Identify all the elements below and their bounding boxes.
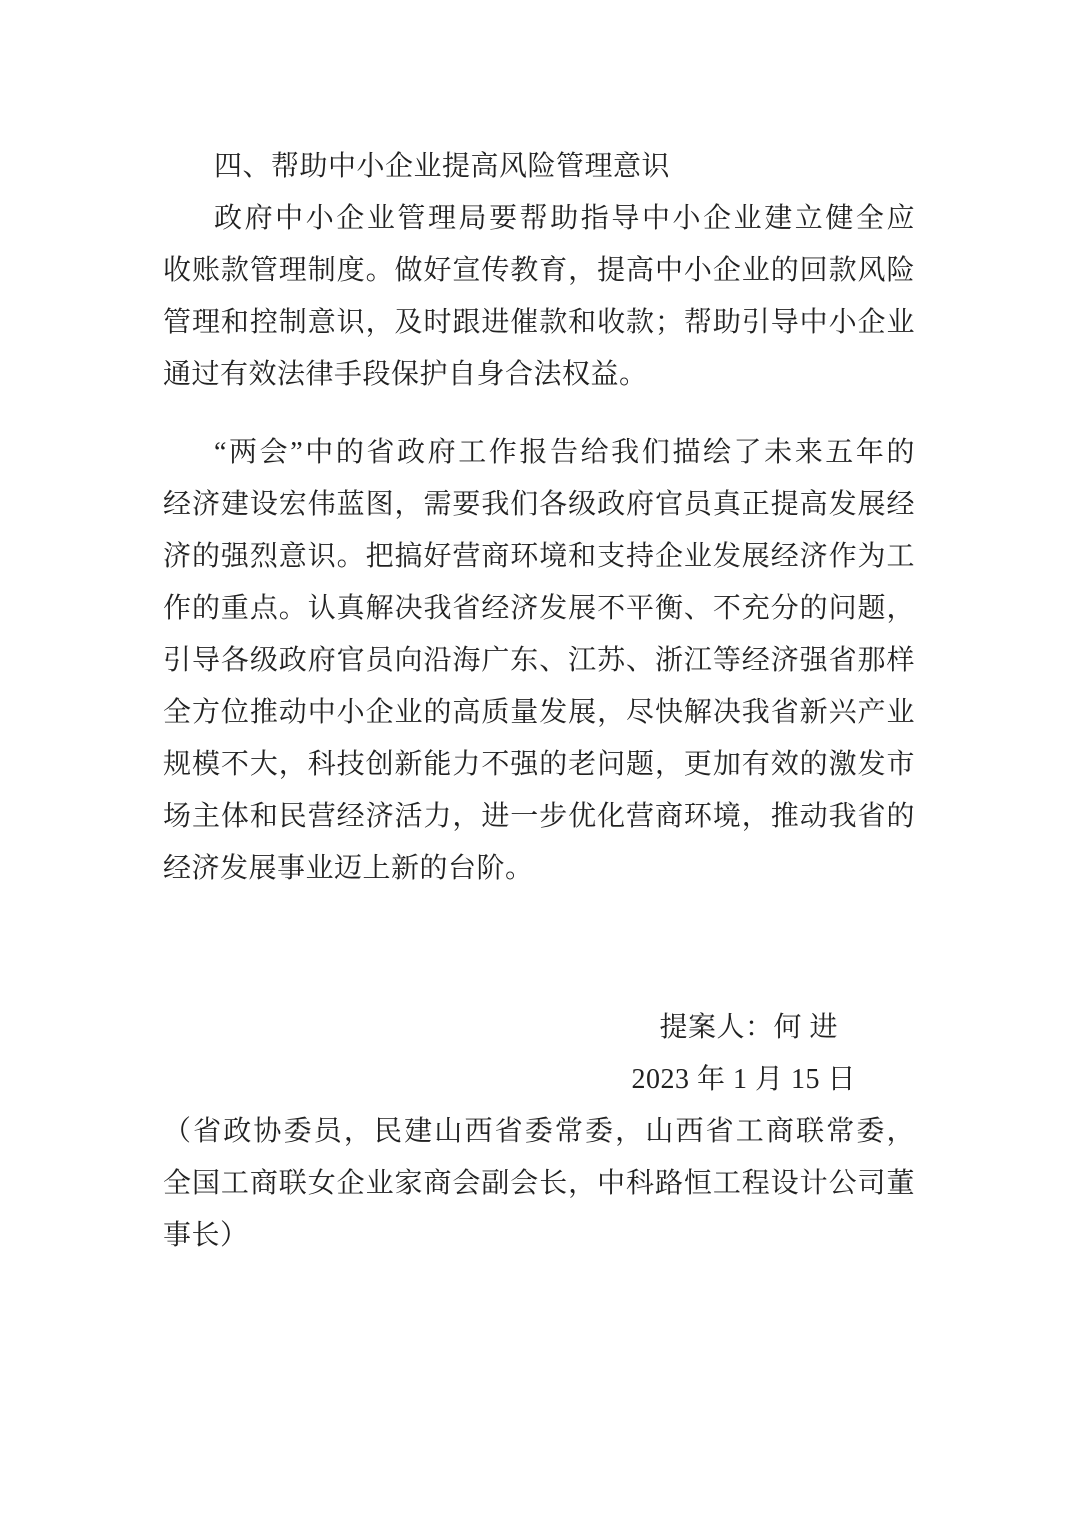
body-line: 经济建设宏伟蓝图，需要我们各级政府官员真正提高发展经 xyxy=(163,479,915,531)
body-line: 政府中小企业管理局要帮助指导中小企业建立健全应 xyxy=(163,193,915,245)
body-line: 管理和控制意识，及时跟进催款和收款；帮助引导中小企业 xyxy=(163,297,915,349)
body-line: 场主体和民营经济活力，进一步优化营商环境，推动我省的 xyxy=(163,791,915,843)
body-line: 收账款管理制度。做好宣传教育，提高中小企业的回款风险 xyxy=(163,245,915,297)
paragraph-risk-management: 政府中小企业管理局要帮助指导中小企业建立健全应 收账款管理制度。做好宣传教育，提… xyxy=(163,193,915,401)
body-line: 全方位推动中小企业的高质量发展，尽快解决我省新兴产业 xyxy=(163,687,915,739)
document-page: 四、帮助中小企业提高风险管理意识 政府中小企业管理局要帮助指导中小企业建立健全应… xyxy=(0,0,1080,1527)
body-line: 规模不大，科技创新能力不强的老问题，更加有效的激发市 xyxy=(163,739,915,791)
signature-proposer: 提案人：何 进 xyxy=(163,1002,915,1054)
body-line: 济的强烈意识。把搞好营商环境和支持企业发展经济作为工 xyxy=(163,531,915,583)
body-line: 作的重点。认真解决我省经济发展不平衡、不充分的问题， xyxy=(163,583,915,635)
affiliation-line: 事长） xyxy=(163,1210,915,1262)
affiliation-line: （省政协委员，民建山西省委常委，山西省工商联常委， xyxy=(163,1106,915,1158)
affiliation-note: （省政协委员，民建山西省委常委，山西省工商联常委， 全国工商联女企业家商会副会长… xyxy=(163,1106,915,1262)
body-line: 通过有效法律手段保护自身合法权益。 xyxy=(163,349,915,401)
section-heading: 四、帮助中小企业提高风险管理意识 xyxy=(163,141,915,193)
document-body: 四、帮助中小企业提高风险管理意识 政府中小企业管理局要帮助指导中小企业建立健全应… xyxy=(0,0,1080,1262)
body-line: 引导各级政府官员向沿海广东、江苏、浙江等经济强省那样 xyxy=(163,635,915,687)
body-line: “两会”中的省政府工作报告给我们描绘了未来五年的 xyxy=(163,427,915,479)
signature-block: 提案人：何 进 2023 年 1 月 15 日 xyxy=(163,1002,915,1106)
signature-date: 2023 年 1 月 15 日 xyxy=(163,1054,915,1106)
body-line: 经济发展事业迈上新的台阶。 xyxy=(163,843,915,895)
paragraph-two-sessions: “两会”中的省政府工作报告给我们描绘了未来五年的 经济建设宏伟蓝图，需要我们各级… xyxy=(163,427,915,895)
affiliation-line: 全国工商联女企业家商会副会长，中科路恒工程设计公司董 xyxy=(163,1158,915,1210)
